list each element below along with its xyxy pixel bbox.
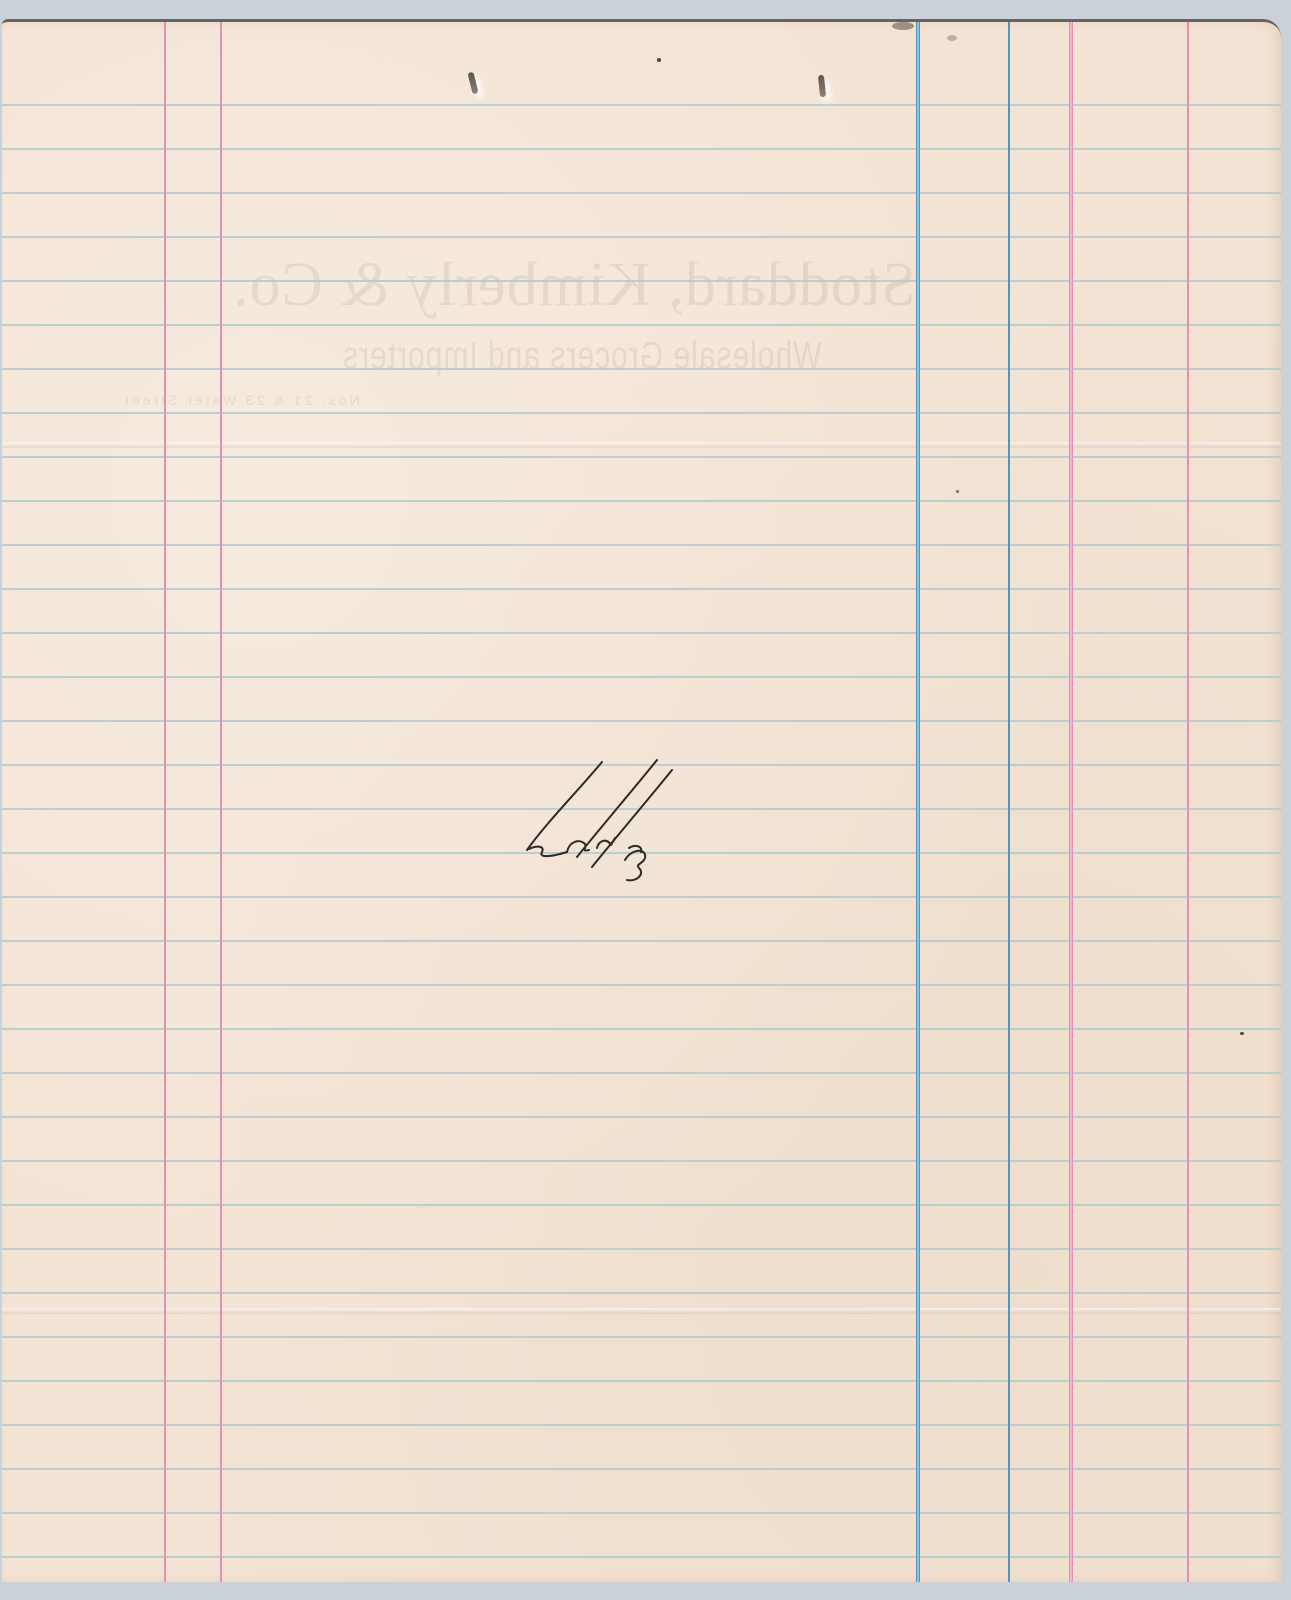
rule-line xyxy=(2,1072,1281,1074)
rule-line xyxy=(2,324,1281,326)
rule-line xyxy=(2,1028,1281,1030)
stain-mark xyxy=(947,35,957,41)
rule-line xyxy=(2,192,1281,194)
rule-line xyxy=(2,368,1281,370)
rule-line xyxy=(2,984,1281,986)
handwritten-note-glyphs xyxy=(507,752,707,892)
money-column-rule-blue xyxy=(1008,22,1010,1582)
money-column-rule-red-double xyxy=(1069,22,1073,1582)
rule-line xyxy=(2,544,1281,546)
pin-hole-mark xyxy=(467,72,478,95)
ledger-sheet: Stoddard, Kimberly & Co. Wholesale Groce… xyxy=(2,19,1281,1582)
paper-fold xyxy=(2,442,1281,448)
rule-line xyxy=(2,1116,1281,1118)
money-column-rule-blue-double xyxy=(916,22,920,1582)
rule-line xyxy=(2,1248,1281,1250)
bleed-through-letterhead-title: Stoddard, Kimberly & Co. xyxy=(232,250,916,321)
money-column-rule-red xyxy=(1187,22,1189,1582)
ink-speck xyxy=(1240,1032,1244,1035)
rule-line xyxy=(2,500,1281,502)
rule-line xyxy=(2,720,1281,722)
rule-line xyxy=(2,148,1281,150)
rule-line xyxy=(2,588,1281,590)
bleed-through-letterhead-subtitle: Wholesale Grocers and Importers xyxy=(342,335,822,379)
rule-line xyxy=(2,940,1281,942)
rule-line xyxy=(2,1292,1281,1294)
rule-line xyxy=(2,236,1281,238)
rule-line xyxy=(2,1160,1281,1162)
rule-line xyxy=(2,896,1281,898)
stain-mark xyxy=(892,22,914,30)
rule-line xyxy=(2,1380,1281,1382)
handwritten-note: 3g/5/7 xyxy=(507,752,707,892)
left-margin-rule-outer xyxy=(164,22,166,1582)
rule-line xyxy=(2,456,1281,458)
ink-speck xyxy=(657,58,661,62)
rule-line xyxy=(2,632,1281,634)
left-margin-rule-inner xyxy=(220,22,222,1582)
rule-line xyxy=(2,412,1281,414)
rule-line xyxy=(2,1336,1281,1338)
rule-line xyxy=(2,1204,1281,1206)
rule-line xyxy=(2,1468,1281,1470)
pin-hole-mark xyxy=(818,75,826,98)
bleed-through-letterhead-address: Nos. 21 & 23 Water Street xyxy=(122,392,360,408)
rule-line xyxy=(2,104,1281,106)
rule-line xyxy=(2,1424,1281,1426)
rule-line xyxy=(2,676,1281,678)
rule-line xyxy=(2,1556,1281,1558)
rule-line xyxy=(2,1512,1281,1514)
paper-fold xyxy=(2,1308,1281,1314)
rule-line xyxy=(2,280,1281,282)
ink-speck xyxy=(956,490,959,493)
